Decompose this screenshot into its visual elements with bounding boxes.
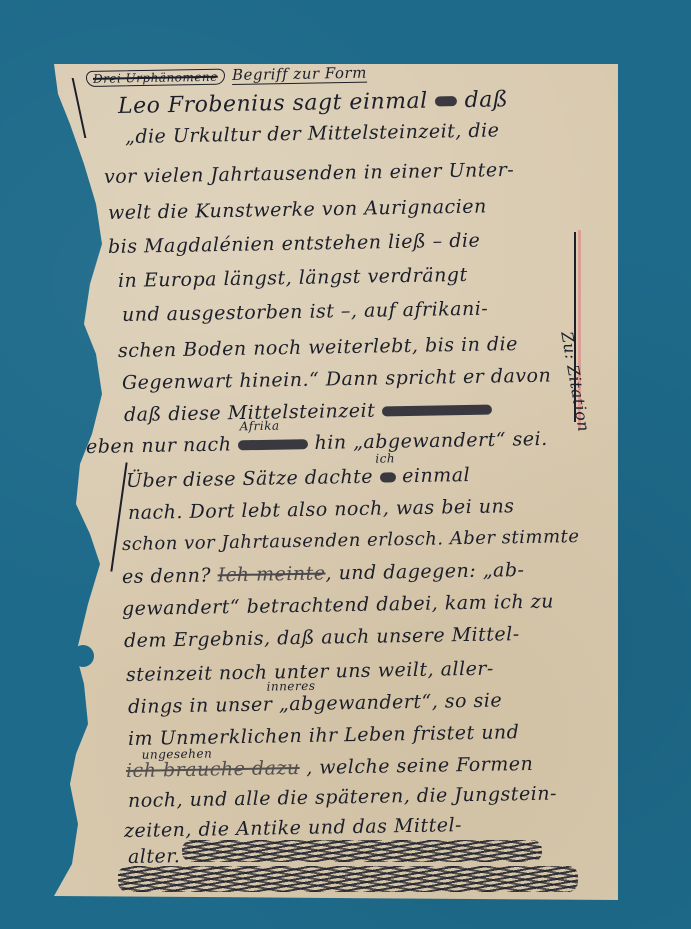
struck-phrase: [238, 439, 308, 450]
heavy-strikeout: [118, 866, 578, 892]
insertion-afrika: Afrika: [240, 419, 280, 434]
struck-phrase: [382, 405, 492, 417]
heavy-strikeout: [182, 840, 542, 862]
insertion-inneres: inneres: [266, 679, 315, 694]
header-title: Begriff zur Form: [232, 64, 367, 84]
struck-phrase: ich brauche dazu: [126, 757, 300, 782]
struck-word: [380, 472, 396, 482]
insertion-ich: ich: [375, 451, 395, 465]
punch-hole: [72, 645, 94, 667]
header-struck-label: Drei Urphänomene: [86, 70, 225, 86]
manuscript-line: alter.: [128, 845, 181, 868]
struck-phrase: Ich meinte: [217, 562, 325, 586]
ink-blot: [435, 96, 457, 106]
